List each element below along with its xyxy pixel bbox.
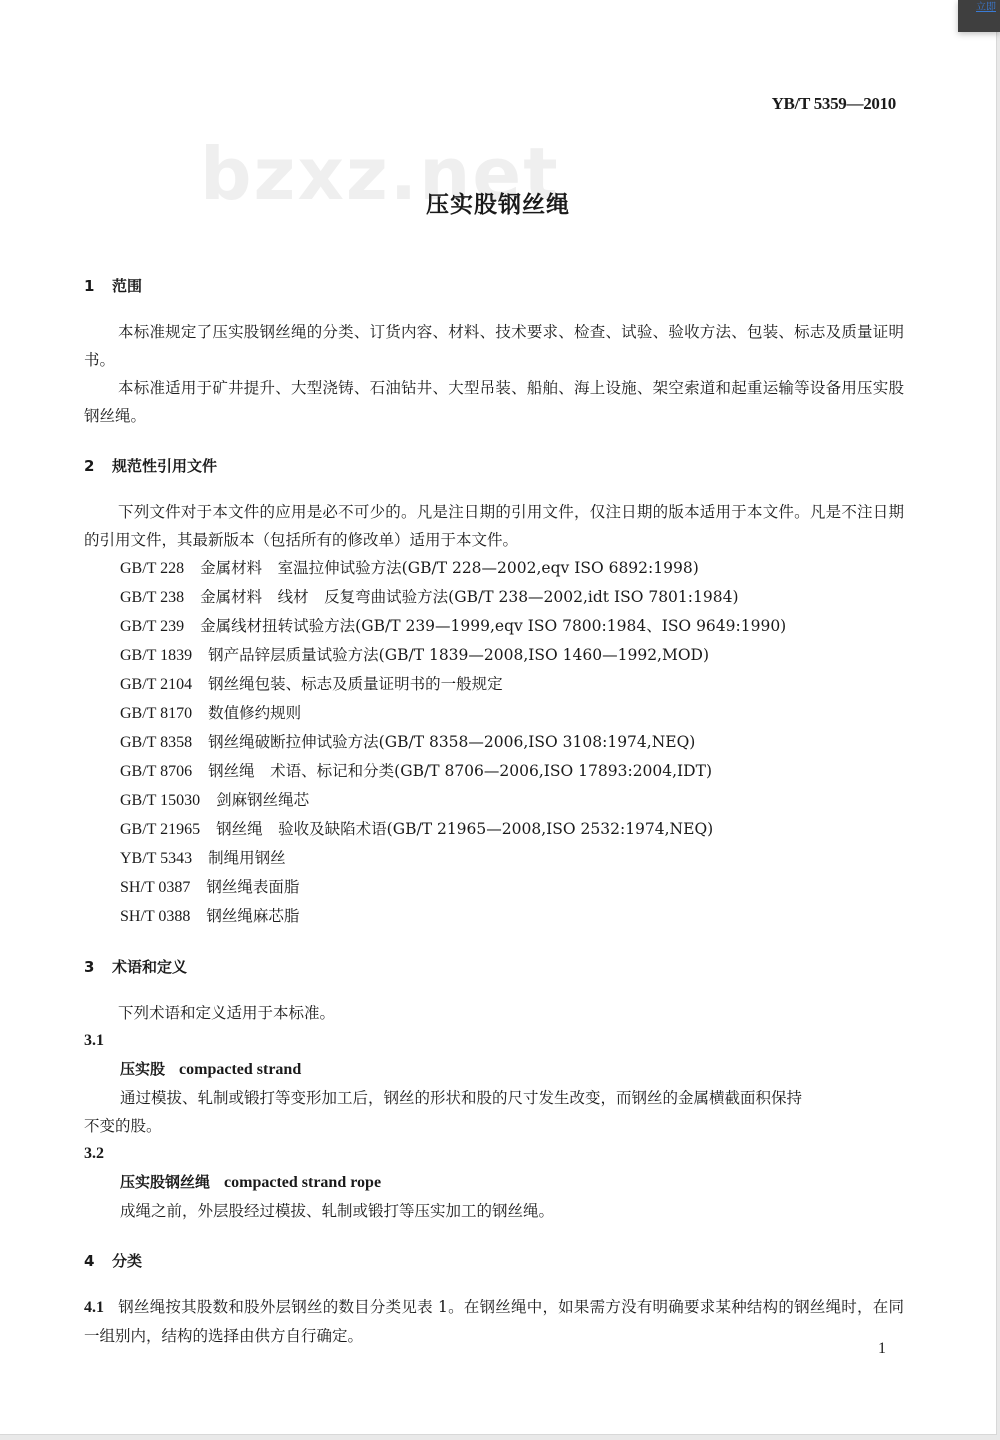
section-heading-classification: 4分类 xyxy=(84,1247,904,1275)
reference-item: GB/T 8170数值修约规则 xyxy=(84,699,904,728)
section-number: 2 xyxy=(84,452,112,480)
reference-title: 钢丝绳 术语、标记和分类(GB/T 8706—2006,ISO 17893:20… xyxy=(208,762,712,780)
section-heading-terms-definitions: 3术语和定义 xyxy=(84,953,904,981)
reference-title: 金属材料 线材 反复弯曲试验方法(GB/T 238—2002,idt ISO 7… xyxy=(200,588,738,606)
clause-text: 钢丝绳按其股数和股外层钢丝的数目分类见表 1。在钢丝绳中，如果需方没有明确要求某… xyxy=(84,1298,904,1345)
reference-title: 钢丝绳破断拉伸试验方法(GB/T 8358—2006,ISO 3108:1974… xyxy=(208,733,695,751)
document-title: 压实股钢丝绳 xyxy=(0,186,996,219)
reference-code: GB/T 239 xyxy=(120,618,184,635)
reference-code: GB/T 1839 xyxy=(120,647,192,664)
reference-title: 钢产品锌层质量试验方法(GB/T 1839—2008,ISO 1460—1992… xyxy=(208,646,709,664)
reference-code: GB/T 8170 xyxy=(120,705,192,722)
reference-item: GB/T 238金属材料 线材 反复弯曲试验方法(GB/T 238—2002,i… xyxy=(84,583,904,612)
reference-item: GB/T 8358钢丝绳破断拉伸试验方法(GB/T 8358—2006,ISO … xyxy=(84,728,904,757)
clause-number: 4.1 xyxy=(84,1299,104,1316)
reference-code: GB/T 8706 xyxy=(120,763,192,780)
references-intro: 下列文件对于本文件的应用是必不可少的。凡是注日期的引用文件，仅注日期的版本适用于… xyxy=(84,498,904,554)
reference-item: GB/T 1839钢产品锌层质量试验方法(GB/T 1839—2008,ISO … xyxy=(84,641,904,670)
section-title: 规范性引用文件 xyxy=(112,457,217,475)
reference-item: GB/T 2104钢丝绳包装、标志及质量证明书的一般规定 xyxy=(84,670,904,699)
reference-code: SH/T 0387 xyxy=(120,879,190,896)
term-en: compacted strand rope xyxy=(224,1174,381,1191)
reference-code: SH/T 0388 xyxy=(120,908,190,925)
document-body: 1范围 本标准规定了压实股钢丝绳的分类、订货内容、材料、技术要求、检查、试验、验… xyxy=(84,272,904,1350)
reference-title: 金属线材扭转试验方法(GB/T 239—1999,eqv ISO 7800:19… xyxy=(200,617,786,635)
section-heading-scope: 1范围 xyxy=(84,272,904,300)
section-heading-normative-references: 2规范性引用文件 xyxy=(84,452,904,480)
terms-intro: 下列术语和定义适用于本标准。 xyxy=(84,999,904,1027)
reference-item: GB/T 239金属线材扭转试验方法(GB/T 239—1999,eqv ISO… xyxy=(84,612,904,641)
term-en: compacted strand xyxy=(179,1061,301,1078)
section-number: 4 xyxy=(84,1247,112,1275)
scope-paragraph-2: 本标准适用于矿井提升、大型浇铸、石油钻井、大型吊装、船舶、海上设施、架空索道和起… xyxy=(84,374,904,430)
reference-title: 金属材料 室温拉伸试验方法(GB/T 228—2002,eqv ISO 6892… xyxy=(200,559,699,577)
term-definition: 通过模拔、轧制或锻打等变形加工后，钢丝的形状和股的尺寸发生改变，而钢丝的金属横截… xyxy=(84,1084,904,1112)
term-definition: 成绳之前，外层股经过模拔、轧制或锻打等压实加工的钢丝绳。 xyxy=(84,1197,904,1225)
reference-code: GB/T 21965 xyxy=(120,821,200,838)
reference-code: GB/T 2104 xyxy=(120,676,192,693)
reference-title: 剑麻钢丝绳芯 xyxy=(216,791,309,809)
clause-4-1: 4.1钢丝绳按其股数和股外层钢丝的数目分类见表 1。在钢丝绳中，如果需方没有明确… xyxy=(84,1293,904,1350)
section-number: 1 xyxy=(84,272,112,300)
term-number: 3.2 xyxy=(84,1140,904,1168)
term-definition-continued: 不变的股。 xyxy=(84,1112,904,1140)
reference-code: GB/T 228 xyxy=(120,560,184,577)
term-zh: 压实股钢丝绳 xyxy=(120,1173,210,1191)
reference-list: GB/T 228金属材料 室温拉伸试验方法(GB/T 228—2002,eqv … xyxy=(84,554,904,931)
document-page: 立即 YB/T 5359—2010 bzxz.net 压实股钢丝绳 1范围 本标… xyxy=(0,0,997,1435)
reference-title: 钢丝绳 验收及缺陷术语(GB/T 21965—2008,ISO 2532:197… xyxy=(216,820,713,838)
term-heading: 压实股钢丝绳compacted strand rope xyxy=(84,1168,904,1197)
reference-item: GB/T 228金属材料 室温拉伸试验方法(GB/T 228—2002,eqv … xyxy=(84,554,904,583)
term-heading: 压实股compacted strand xyxy=(84,1055,904,1084)
reference-title: 制绳用钢丝 xyxy=(208,849,286,867)
reference-title: 钢丝绳包装、标志及质量证明书的一般规定 xyxy=(208,675,503,693)
section-title: 术语和定义 xyxy=(112,958,187,976)
viewer-corner-widget[interactable]: 立即 xyxy=(958,0,1000,32)
reference-item: GB/T 15030剑麻钢丝绳芯 xyxy=(84,786,904,815)
reference-item: GB/T 8706钢丝绳 术语、标记和分类(GB/T 8706—2006,ISO… xyxy=(84,757,904,786)
reference-code: YB/T 5343 xyxy=(120,850,192,867)
reference-item: GB/T 21965钢丝绳 验收及缺陷术语(GB/T 21965—2008,IS… xyxy=(84,815,904,844)
reference-item: SH/T 0387钢丝绳表面脂 xyxy=(84,873,904,902)
section-number: 3 xyxy=(84,953,112,981)
section-title: 分类 xyxy=(112,1252,142,1270)
section-title: 范围 xyxy=(112,277,142,295)
reference-item: SH/T 0388钢丝绳麻芯脂 xyxy=(84,902,904,931)
scope-paragraph-1: 本标准规定了压实股钢丝绳的分类、订货内容、材料、技术要求、检查、试验、验收方法、… xyxy=(84,318,904,374)
standard-number: YB/T 5359—2010 xyxy=(772,94,896,114)
reference-code: GB/T 8358 xyxy=(120,734,192,751)
corner-widget-label[interactable]: 立即 xyxy=(976,0,996,13)
reference-item: YB/T 5343制绳用钢丝 xyxy=(84,844,904,873)
term-number: 3.1 xyxy=(84,1027,904,1055)
reference-title: 钢丝绳表面脂 xyxy=(206,878,299,896)
reference-code: GB/T 15030 xyxy=(120,792,200,809)
reference-title: 数值修约规则 xyxy=(208,704,301,722)
reference-title: 钢丝绳麻芯脂 xyxy=(206,907,299,925)
term-zh: 压实股 xyxy=(120,1060,165,1078)
reference-code: GB/T 238 xyxy=(120,589,184,606)
